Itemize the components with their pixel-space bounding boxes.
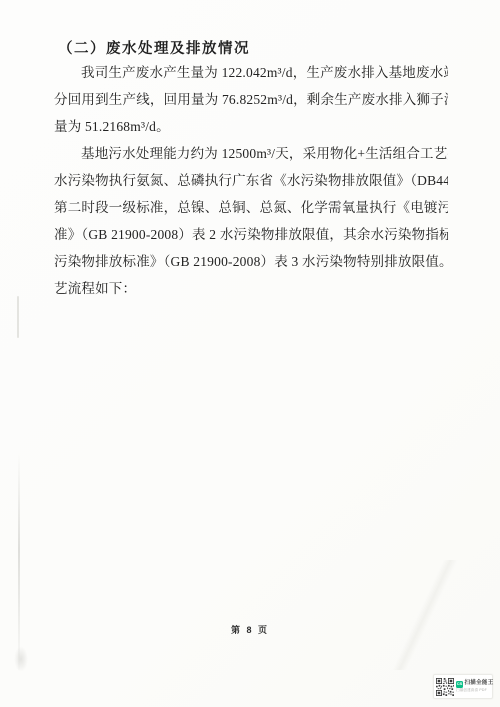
document-body: 我司生产废水产生量为 122.042m³/d，生产废水排入基地废水站处理后，部 … [54,59,448,302]
scan-artifact-crease [360,560,490,670]
camscanner-logo-icon: CS [456,681,463,688]
scan-artifact-smudge [14,646,28,672]
watermark-tagline: 扫描创建高清 PDF [456,689,494,693]
text-line: 基地污水处理能力约为 12500m³/天，采用物化+生活组合工艺处理。外排废 [54,140,448,167]
page-footer: 第 8 页 [0,620,500,638]
watermark-brand-row: CS 扫描全能王 [456,681,494,688]
paragraph-treatment-standards: 基地污水处理能力约为 12500m³/天，采用物化+生活组合工艺处理。外排废 水… [54,140,448,302]
text-line: 量为 51.2168m³/d。 [54,113,448,140]
text-line: 第二时段一级标准，总镍、总铜、总氮、化学需氧量执行《电镀污染物排放标 [54,194,448,221]
watermark-text-block: CS 扫描全能王 扫描创建高清 PDF [456,681,494,693]
text-line: 水污染物执行氨氮、总磷执行广东省《水污染物排放限值》（DB44/26-2001） [54,167,448,194]
text-line: 准》（GB 21900-2008）表 2 水污染物排放限值，其余水污染物指标执行… [54,221,448,248]
qr-code-icon [436,678,454,696]
section-heading: （二）废水处理及排放情况 [58,38,452,60]
camscanner-watermark: CS 扫描全能王 扫描创建高清 PDF [433,674,493,699]
page-number: 第 8 页 [231,625,269,635]
scanned-document-page: （二）废水处理及排放情况 我司生产废水产生量为 122.042m³/d，生产废水… [0,0,500,707]
text-line: 我司生产废水产生量为 122.042m³/d，生产废水排入基地废水站处理后，部 [54,59,448,86]
scan-artifact-streak [17,296,19,338]
text-line: 污染物排放标准》（GB 21900-2008）表 3 水污染物特别排放限值。废水… [54,248,448,275]
text-line: 分回用到生产线，回用量为 76.8252m³/d，剩余生产废水排入狮子洋，外排废… [54,86,448,113]
paragraph-wastewater-volume: 我司生产废水产生量为 122.042m³/d，生产废水排入基地废水站处理后，部 … [54,59,448,140]
text-line: 艺流程如下： [54,275,448,302]
watermark-app-name: 扫描全能王 [465,681,494,687]
